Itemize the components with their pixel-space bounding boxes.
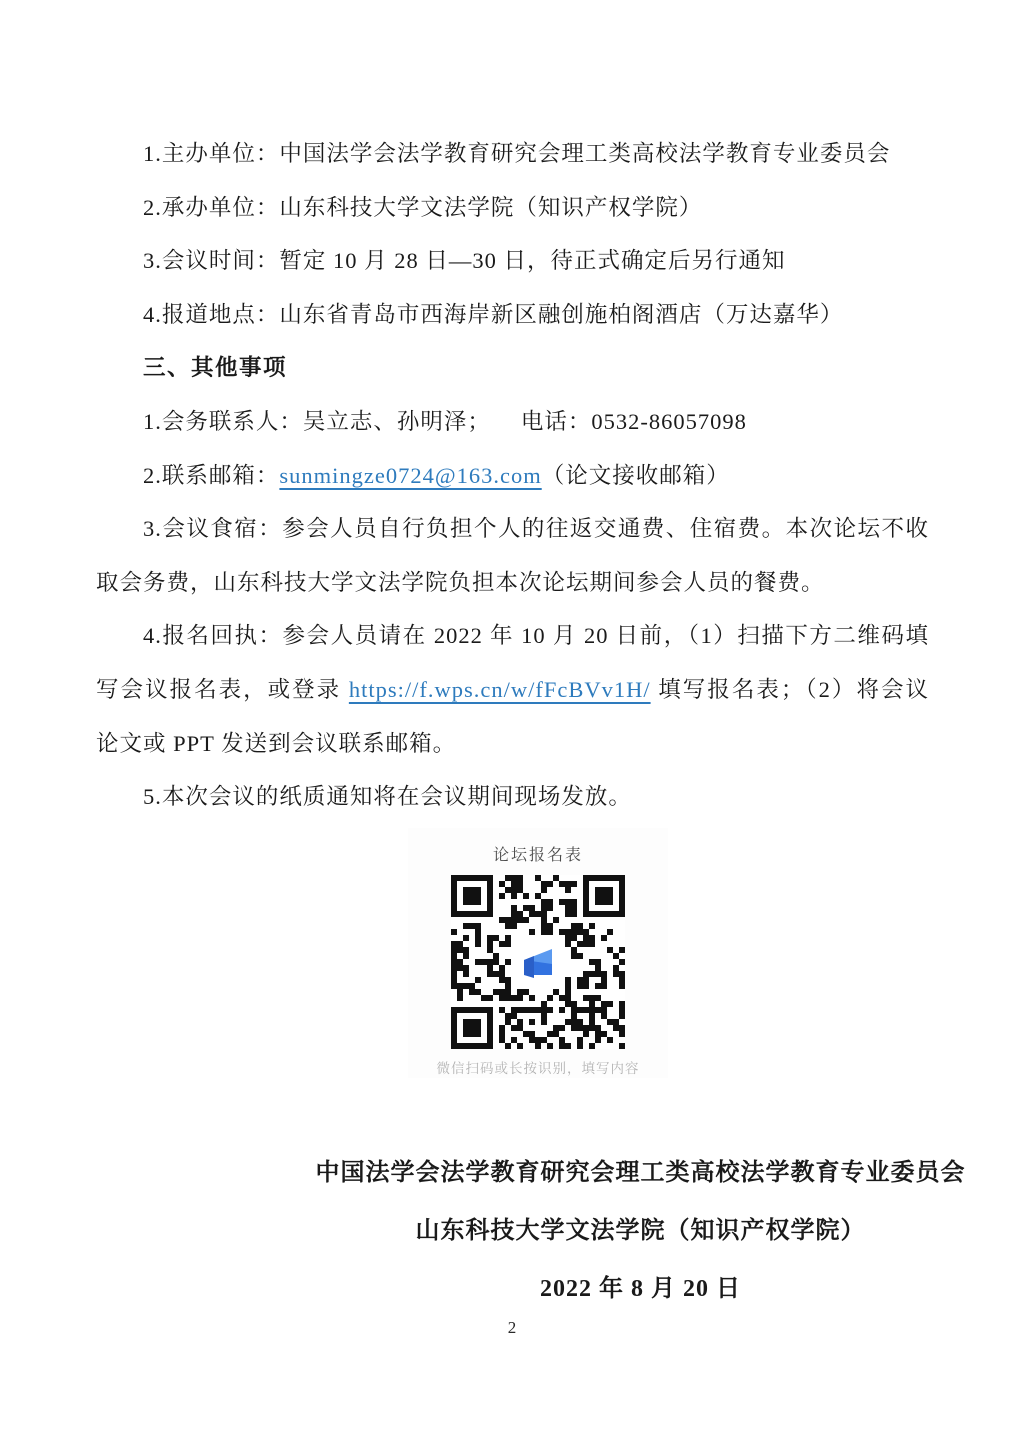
contact-phone: 电话：0532-86057098 [521,409,747,434]
signature-date: 2022 年 8 月 20 日 [224,1260,1024,1318]
qr-card-caption: 微信扫码或长按识别，填写内容 [408,1057,668,1077]
signature-school: 山东科技大学文法学院（知识产权学院） [224,1202,1024,1260]
qr-registration-card: 论坛报名表 微信扫码或长按识别，填写内容 [408,828,668,1078]
qr-code [408,875,668,1049]
page-number: 2 [0,1318,1024,1338]
qr-card-title: 论坛报名表 [408,828,668,865]
signature-committee: 中国法学会法学教育研究会理工类高校法学教育专业委员会 [224,1144,1024,1202]
contact-person-line: 1.会务联系人：吴立志、孙明泽；电话：0532-86057098 [96,395,929,449]
organizer-unit-line: 2.承办单位：山东科技大学文法学院（知识产权学院） [96,181,929,235]
document-body: 1.主办单位：中国法学会法学教育研究会理工类高校法学教育专业委员会 2.承办单位… [96,127,929,824]
qr-code-image [451,875,625,1049]
registration-line: 4.报名回执：参会人员请在 2022 年 10 月 20 日前，（1）扫描下方二… [96,609,929,770]
email-label: 2.联系邮箱： [143,463,279,488]
section-heading-other-matters: 三、其他事项 [96,341,929,395]
board-lodging-line: 3.会议食宿：参会人员自行负担个人的往返交通费、住宿费。本次论坛不收取会务费，山… [96,502,929,609]
contact-names: 1.会务联系人：吴立志、孙明泽； [143,409,491,434]
host-unit-line: 1.主办单位：中国法学会法学教育研究会理工类高校法学教育专业委员会 [96,127,929,181]
contact-email-line: 2.联系邮箱：sunmingze0724@163.com（论文接收邮箱） [96,449,929,503]
document-page: 1.主办单位：中国法学会法学教育研究会理工类高校法学教育专业委员会 2.承办单位… [0,0,1024,1448]
email-link[interactable]: sunmingze0724@163.com [279,463,541,488]
signature-block: 中国法学会法学教育研究会理工类高校法学教育专业委员会 山东科技大学文法学院（知识… [96,1144,1024,1318]
registration-url-link[interactable]: https://f.wps.cn/w/fFcBVv1H/ [349,677,651,702]
wps-form-logo-icon [512,936,564,988]
paper-notice-line: 5.本次会议的纸质通知将在会议期间现场发放。 [96,770,929,824]
email-note: （论文接收邮箱） [542,463,730,488]
meeting-location-line: 4.报道地点：山东省青岛市西海岸新区融创施柏阁酒店（万达嘉华） [96,288,929,342]
meeting-time-line: 3.会议时间：暂定 10 月 28 日—30 日，待正式确定后另行通知 [96,234,929,288]
